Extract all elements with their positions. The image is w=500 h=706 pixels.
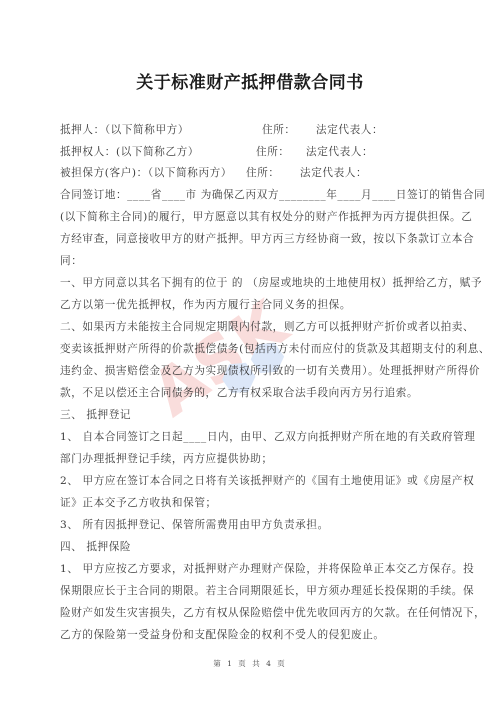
body-line: 合同签订地：____省____市 为确保乙丙双方________年____月__… <box>60 188 440 202</box>
address-label: 住所： <box>256 145 290 159</box>
body-line: 变卖该抵押财产所得的价款抵偿债务(包括丙方未付而应付的货款及其超期支付的利息、 <box>60 342 440 356</box>
body-line: 险财产如发生灾害损失，乙方有权从保险赔偿中优先收回丙方的欠款。在任何情况下， <box>60 606 440 620</box>
body-line: 违约金、损害赔偿金及乙方为实现债权所引致的一切有关费用）。处理抵押财产所得价 <box>60 364 440 378</box>
representative-label: 法定代表人： <box>306 145 373 159</box>
body-line: 2、 甲方应在签订本合同之日将有关该抵押财产的《国有土地使用证》或《房屋产权 <box>60 474 440 488</box>
body-line: 款，不足以偿还主合同债务的，乙方有权采取合法手段向丙方另行追索。 <box>60 386 440 400</box>
page-number: 第 1 页 共 4 页 <box>0 658 500 669</box>
document-title: 关于标准财产抵押借款合同书 <box>0 68 500 93</box>
address-label: 住所： <box>246 166 280 180</box>
party-label: 抵押人：（以下简称甲方） <box>60 123 189 137</box>
representative-label: 法定代表人： <box>316 123 383 137</box>
body-line: 证》正本交予乙方收执和保管； <box>60 496 440 510</box>
body-line: 同： <box>60 254 440 268</box>
address-label: 住所： <box>262 123 296 137</box>
clause-1: 一、甲方同意以其名下拥有的位于 的 （房屋或地块的土地使用权）抵押给乙方，赋予 <box>60 276 440 290</box>
document-page: ASK ⬢⬢ 关于标准财产抵押借款合同书 抵押人：（以下简称甲方） 住所： 法定… <box>0 0 500 706</box>
body-line: 乙方的保险第一受益身份和支配保险金的权利不受人的侵犯废止。 <box>60 628 440 642</box>
body-line: 乙方以第一优先抵押权，作为丙方履行主合同义务的担保。 <box>60 298 440 312</box>
body-line: 部门办理抵押登记手续，丙方应提供协助； <box>60 452 440 466</box>
party-label: 被担保方(客户)：（以下简称丙方） <box>60 166 232 180</box>
party-label: 抵押权人：(以下简称乙方） <box>60 145 199 159</box>
body-line: 3、 所有因抵押登记、保管所需费用由甲方负责承担。 <box>60 518 440 532</box>
clause-2: 二、如果丙方未能按主合同规定期限内付款，则乙方可以抵押财产折价或者以拍卖、 <box>60 320 440 334</box>
representative-label: 法定代表人： <box>300 166 367 180</box>
section-heading-insurance: 四、 抵押保险 <box>60 540 440 554</box>
body-line: 保期限应长于主合同的期限。若主合同期限延长，甲方须办理延长投保期的手续。保 <box>60 584 440 598</box>
body-line: (以下简称主合同)的履行，甲方愿意以其有权处分的财产作抵押为丙方提供担保。乙 <box>60 210 440 224</box>
section-heading-registration: 三、 抵押登记 <box>60 408 440 422</box>
body-line: 1、 甲方应按乙方要求，对抵押财产办理财产保险，并将保险单正本交乙方保存。投 <box>60 562 440 576</box>
body-line: 方经审查，同意接收甲方的财产抵押。甲方丙三方经协商一致，按以下条款订立本合 <box>60 232 440 246</box>
body-line: 1、 自本合同签订之日起____日内，由甲、乙双方向抵押财产所在地的有关政府管理 <box>60 430 440 444</box>
